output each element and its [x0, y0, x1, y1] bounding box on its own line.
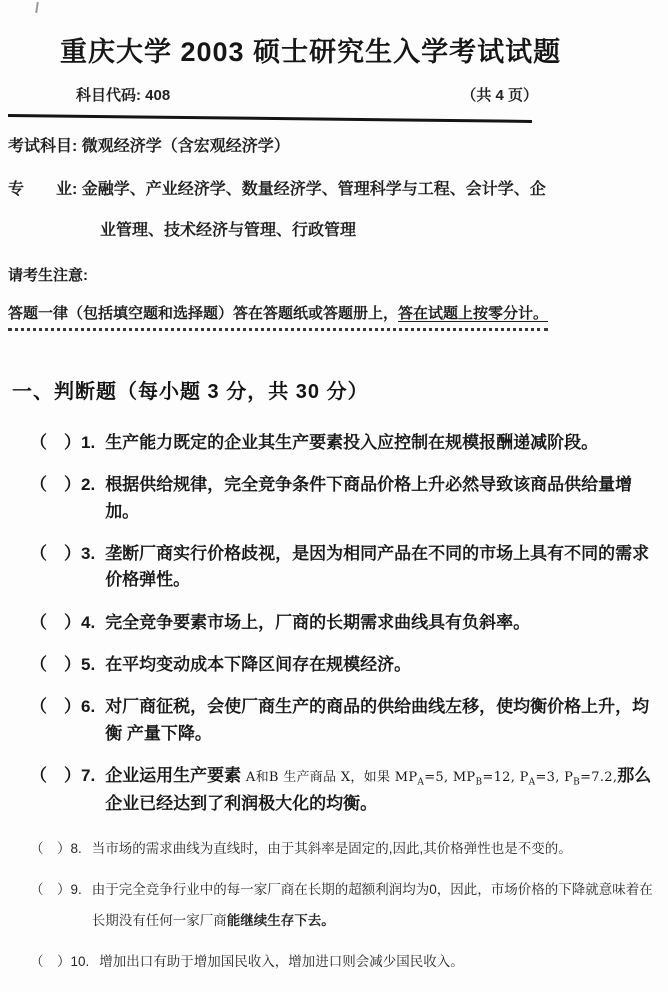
answer-bracket: （ ）1. [30, 430, 95, 456]
formula-part: A和B 生产商品 X，如果 MP [246, 770, 417, 785]
question-number: 6. [81, 697, 95, 716]
question-list: （ ）1. 生产能力既定的企业其生产要素投入应控制在规模报酬递减阶段。 （ ）2… [8, 430, 658, 978]
bracket: （ ） [30, 766, 81, 785]
bracket: （ ） [30, 697, 81, 716]
subject-code: 科目代码: 408 [76, 84, 170, 105]
question-text: 根据供给规律，完全竞争条件下商品价格上升必然导致该商品供给量增加。 [105, 472, 658, 525]
question-number: 4. [81, 613, 95, 632]
question-text-main: 由于完全竞争行业中的每一家厂商在长期的超额利润均为0，因此，市场价格的下降就意味… [92, 882, 653, 929]
formula-part: =5, MP [424, 770, 475, 785]
question-number: 8. [71, 841, 82, 856]
question-text: 增加出口有助于增加国民收入，增加进口则会减少国民收入。 [99, 946, 658, 978]
bracket: （ ） [30, 544, 81, 563]
notice-body: 答题一律（包括填空题和选择题）答在答题纸或答题册上，答在试题上按零分计。 [8, 302, 658, 323]
bracket: （ ） [30, 475, 81, 494]
formula: A和B 生产商品 X，如果 MPA=5, MPB=12, PA=3, PB=7.… [246, 770, 617, 785]
question-text: 完全竞争要素市场上，厂商的长期需求曲线具有负斜率。 [105, 610, 658, 636]
notice-emphasized-line: 答题一律（包括填空题和选择题）答在答题纸或答题册上，答在试题上按零分计。 [8, 305, 548, 331]
page-title: 重庆大学 2003 硕士研究生入学考试试题 [60, 30, 658, 69]
bracket: （ ） [30, 841, 71, 856]
question-text: 当市场的需求曲线为直线时，由于其斜率是固定的,因此,其价格弹性也是不变的。 [92, 833, 658, 865]
question-text: 企业运用生产要素 A和B 生产商品 X，如果 MPA=5, MPB=12, PA… [105, 763, 658, 817]
answer-bracket: （ ）6. [30, 694, 95, 747]
bracket: （ ） [30, 655, 81, 674]
notice-text-underlined: 答在试题上按零分计。 [398, 305, 548, 322]
question-number: 3. [81, 544, 95, 563]
answer-bracket: （ ）9. [30, 874, 82, 937]
exam-paper-page: 重庆大学 2003 硕士研究生入学考试试题 科目代码: 408 （共 4 页） … [0, 0, 668, 992]
major-line-1: 专 业: 金融学、产业经济学、数量经济学、管理科学与工程、会计学、企 [8, 176, 658, 199]
bracket: （ ） [30, 613, 81, 632]
question-text: 对厂商征税，会使厂商生产的商品的供给曲线左移，使均衡价格上升，均衡 产量下降。 [105, 694, 658, 747]
bracket: （ ） [30, 882, 71, 897]
page-count-label: （共 4 页） [461, 84, 538, 105]
major-label: 专 业: [8, 181, 82, 198]
answer-bracket: （ ）3. [30, 541, 95, 594]
answer-bracket: （ ）5. [30, 652, 95, 678]
scan-artifact-mark [35, 2, 39, 13]
question-number: 5. [81, 655, 95, 674]
major-line-2: 业管理、技术经济与管理、行政管理 [100, 217, 658, 240]
question-text: 生产能力既定的企业其生产要素投入应控制在规模报酬递减阶段。 [105, 430, 658, 456]
question-number: 2. [81, 475, 95, 494]
question-text: 垄断厂商实行价格歧视，是因为相同产品在不同的市场上具有不同的需求价格弹性。 [105, 541, 658, 594]
question-text-bold: 能继续生存下去。 [227, 913, 335, 928]
answer-bracket: （ ）2. [30, 472, 95, 525]
question-6: （ ）6. 对厂商征税，会使厂商生产的商品的供给曲线左移，使均衡价格上升，均衡 … [30, 694, 658, 747]
answer-bracket: （ ）10. [30, 946, 89, 978]
bracket: （ ） [30, 433, 81, 452]
formula-part: =3, P [535, 770, 573, 785]
question-lead: 企业运用生产要素 [105, 766, 246, 785]
question-text: 在平均变动成本下降区间存在规模经济。 [105, 652, 658, 678]
major-list-part1: 金融学、产业经济学、数量经济学、管理科学与工程、会计学、企 [82, 181, 546, 198]
exam-info-block: 考试科目: 微观经济学（含宏观经济学） 专 业: 金融学、产业经济学、数量经济学… [8, 133, 658, 240]
notice-heading: 请考生注意: [8, 264, 658, 285]
question-1: （ ）1. 生产能力既定的企业其生产要素投入应控制在规模报酬递减阶段。 [30, 430, 658, 456]
question-text: 由于完全竞争行业中的每一家厂商在长期的超额利润均为0，因此，市场价格的下降就意味… [92, 874, 658, 937]
formula-part: =12, P [482, 770, 528, 785]
question-2: （ ）2. 根据供给规律，完全竞争条件下商品价格上升必然导致该商品供给量增加。 [30, 472, 658, 525]
exam-subject-line: 考试科目: 微观经济学（含宏观经济学） [8, 133, 658, 156]
formula-part: =7.2, [580, 770, 617, 785]
header-rule [8, 114, 532, 123]
section-heading: 一、判断题（每小题 3 分，共 30 分） [12, 375, 658, 404]
question-number: 10. [71, 954, 90, 969]
answer-bracket: （ ）7. [30, 763, 95, 817]
bracket: （ ） [30, 954, 71, 969]
notice-text-main: 答题一律（包括填空题和选择题）答在答题纸或答题册上， [8, 305, 398, 322]
question-7: （ ）7. 企业运用生产要素 A和B 生产商品 X，如果 MPA=5, MPB=… [30, 763, 658, 817]
question-9: （ ）9. 由于完全竞争行业中的每一家厂商在长期的超额利润均为0，因此，市场价格… [30, 874, 658, 937]
header-meta-row: 科目代码: 408 （共 4 页） [76, 84, 538, 105]
answer-bracket: （ ）4. [30, 610, 95, 636]
question-number: 1. [81, 433, 95, 452]
question-number: 9. [71, 882, 82, 897]
question-number: 7. [81, 766, 95, 785]
question-3: （ ）3. 垄断厂商实行价格歧视，是因为相同产品在不同的市场上具有不同的需求价格… [30, 541, 658, 594]
question-5: （ ）5. 在平均变动成本下降区间存在规模经济。 [30, 652, 658, 678]
answer-bracket: （ ）8. [30, 833, 82, 865]
question-8: （ ）8. 当市场的需求曲线为直线时，由于其斜率是固定的,因此,其价格弹性也是不… [30, 833, 658, 865]
question-4: （ ）4. 完全竞争要素市场上，厂商的长期需求曲线具有负斜率。 [30, 610, 658, 636]
question-10: （ ）10. 增加出口有助于增加国民收入，增加进口则会减少国民收入。 [30, 946, 658, 978]
